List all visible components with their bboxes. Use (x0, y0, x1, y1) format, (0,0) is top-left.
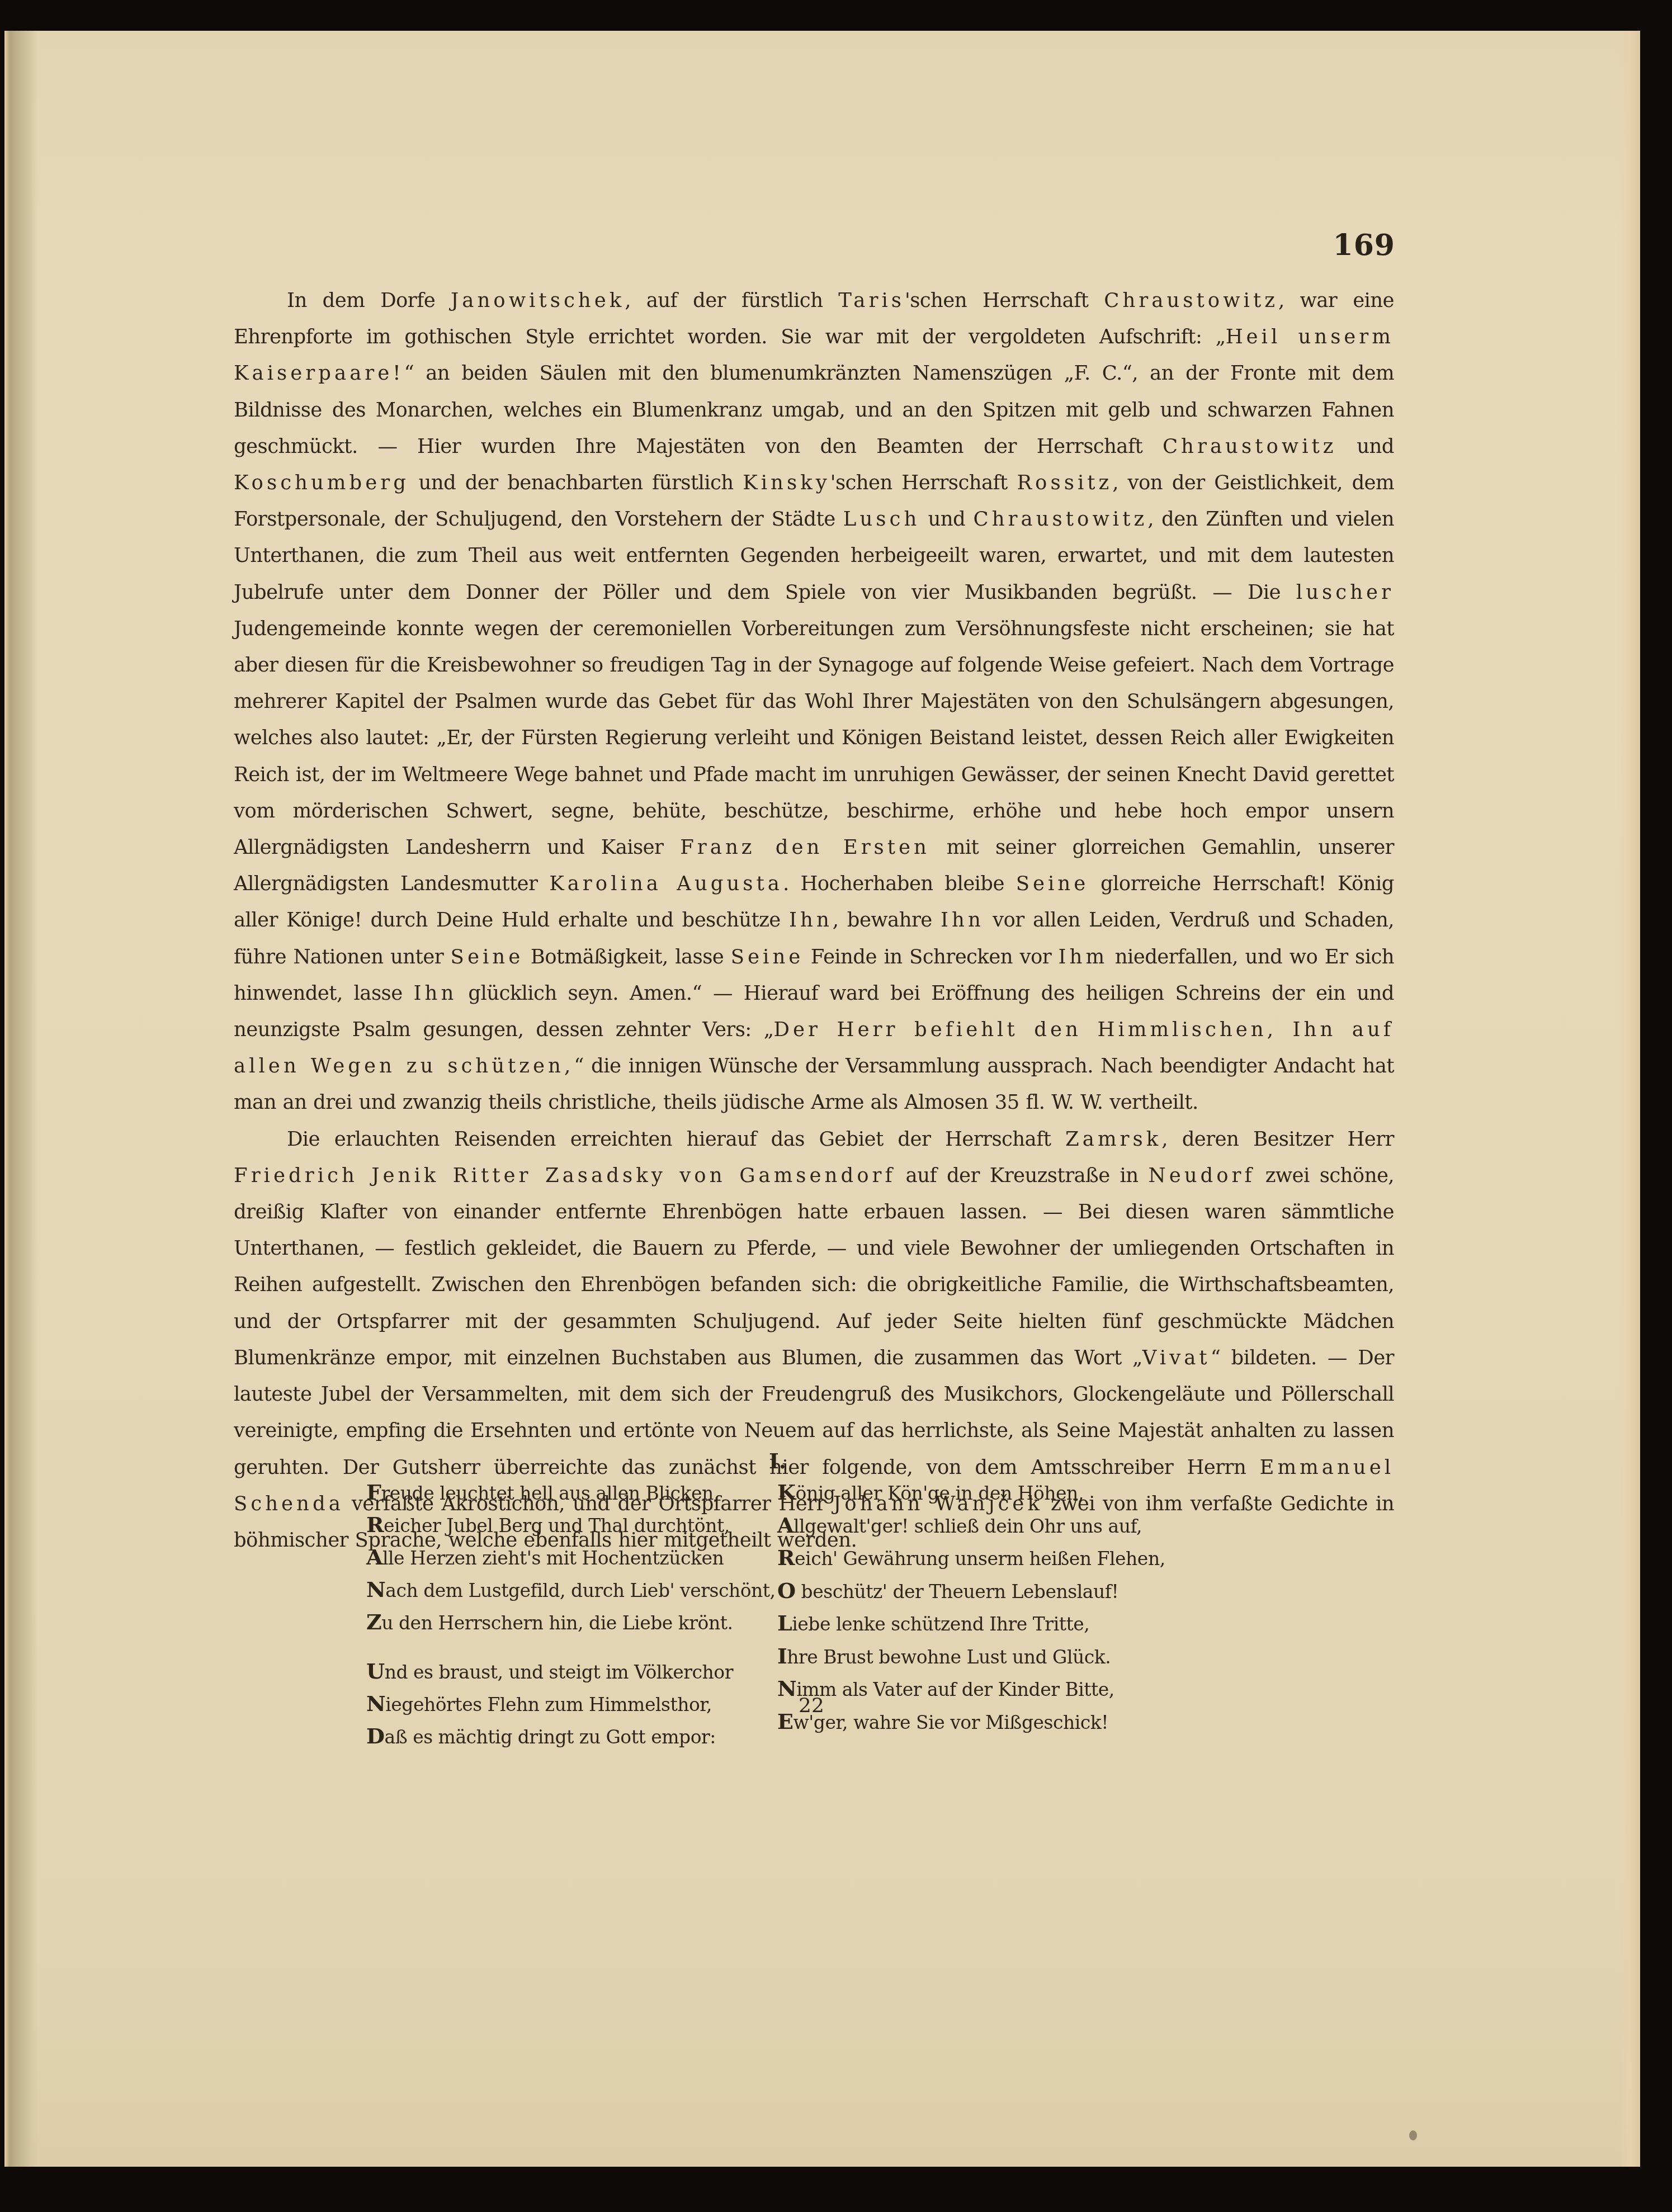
emphasized-text: Seine (451, 946, 524, 968)
poem-line: O beschütz' der Theuern Lebenslauf! (777, 1575, 1180, 1608)
poem-stanza: Freude leuchtet hell aus allen Blicken,R… (366, 1476, 769, 1638)
acrostic-initial: F (366, 1480, 381, 1505)
emphasized-text: Franz den Ersten (680, 836, 930, 859)
emphasized-text: Ihn (941, 909, 984, 932)
emphasized-text: Janowitschek (451, 289, 625, 312)
printer-signature-mark: 22 (799, 1694, 824, 1717)
emphasized-text: Lusch (843, 508, 920, 531)
poem-line: Nimm als Vater auf der Kinder Bitte, (777, 1672, 1180, 1705)
poem-line-text: beschütz' der Theuern Lebenslauf! (796, 1581, 1119, 1603)
acrostic-initial: A (777, 1513, 794, 1538)
text-segment: auf der Kreuzstraße in (896, 1164, 1149, 1187)
emphasized-text: Rossitz (1017, 471, 1112, 494)
emphasized-text: Chraustowitz (1104, 289, 1278, 312)
emphasized-text: Kinsky (743, 471, 830, 494)
poem-line: Niegehörtes Flehn zum Himmelsthor, (366, 1688, 769, 1720)
poem-stanza: Und es braust, und steigt im VölkerchorN… (366, 1655, 769, 1752)
acrostic-initial: E (777, 1709, 793, 1734)
poem-line: Nach dem Lustgefild, durch Lieb' verschö… (366, 1573, 769, 1606)
poem-line-text: w'ger, wahre Sie vor Mißgeschick! (793, 1712, 1108, 1733)
emphasized-text: Ihn (789, 909, 833, 932)
poem-line-text: iegehörtes Flehn zum Himmelsthor, (385, 1694, 712, 1715)
poem-line: Allgewalt'ger! schließ dein Ohr uns auf, (777, 1509, 1180, 1542)
acrostic-initial: D (366, 1723, 384, 1748)
acrostic-initial: N (366, 1577, 385, 1602)
body-text: In dem Dorfe Janowitschek, auf der fürst… (234, 282, 1394, 1558)
acrostic-initial: L (777, 1610, 792, 1636)
text-segment: . Hocherhaben bleibe (783, 872, 1016, 895)
acrostic-initial: R (366, 1512, 384, 1537)
acrostic-initial: O (777, 1578, 796, 1603)
acrostic-initial: K (777, 1480, 796, 1505)
acrostic-initial: I (777, 1643, 787, 1669)
emphasized-text: Taris (838, 289, 905, 312)
text-segment: und (1337, 435, 1394, 458)
poem-line: Und es braust, und steigt im Völkerchor (366, 1655, 769, 1688)
ink-smudge (1409, 2130, 1417, 2140)
emphasized-text: Seine (731, 946, 804, 968)
emphasized-text: Karolina Augusta (549, 872, 783, 895)
emphasized-text: Neudorf (1149, 1164, 1255, 1187)
text-segment: In dem Dorfe (287, 289, 451, 312)
text-segment: 'schen Herrschaft (830, 471, 1017, 494)
poem-stanza: König aller Kön'ge in den Höhen,Allgewal… (777, 1476, 1180, 1738)
acrostic-initial: A (366, 1544, 382, 1570)
text-segment: Judengemeinde konnte wegen der ceremonie… (234, 617, 1394, 859)
poem-line-text: hre Brust bewohne Lust und Glück. (787, 1646, 1111, 1668)
poem-line: Reich' Gewährung unserm heißen Flehen, (777, 1542, 1180, 1575)
poem-line-text: lle Herzen zieht's mit Hochentzücken (382, 1547, 724, 1569)
text-segment: , bewahre (833, 909, 941, 932)
text-segment: und (920, 508, 973, 531)
text-segment: 'schen Herrschaft (905, 289, 1104, 312)
text-segment: zwei schöne, dreißig Klafter von einande… (234, 1164, 1394, 1369)
poem-left-column: Freude leuchtet hell aus allen Blicken,R… (366, 1476, 769, 1769)
emphasized-text: Ihm (1059, 946, 1108, 968)
poem-line-text: aß es mächtig dringt zu Gott empor: (384, 1726, 715, 1748)
poem-line-text: eicher Jubel Berg und Thal durchtönt, (384, 1515, 730, 1537)
emphasized-text: Chraustowitz (1163, 435, 1337, 458)
text-segment: , auf der fürstlich (625, 289, 838, 312)
paragraph: In dem Dorfe Janowitschek, auf der fürst… (234, 282, 1394, 1121)
poem-line-text: eich' Gewährung unserm heißen Flehen, (795, 1548, 1165, 1570)
emphasized-text: luscher (1296, 581, 1394, 604)
emphasized-text: Seine (1016, 872, 1089, 895)
poem-line: Ew'ger, wahre Sie vor Mißgeschick! (777, 1705, 1180, 1738)
poem-line: Zu den Herrschern hin, die Liebe krönt. (366, 1606, 769, 1638)
text-segment: , deren Besitzer Herr (1161, 1128, 1394, 1151)
poem-right-column: König aller Kön'ge in den Höhen,Allgewal… (777, 1476, 1180, 1755)
poem-line-text: ach dem Lustgefild, durch Lieb' verschön… (385, 1580, 775, 1601)
emphasized-text: Ihn (414, 982, 457, 1005)
poem-line: Reicher Jubel Berg und Thal durchtönt, (366, 1509, 769, 1541)
text-segment: Die erlauchten Reisenden erreichten hier… (287, 1128, 1065, 1151)
poem-line-text: imm als Vater auf der Kinder Bitte, (796, 1679, 1114, 1700)
text-segment: Feinde in Schrecken vor (804, 946, 1058, 968)
emphasized-text: Friedrich Jenik Ritter Zasadsky von Gams… (234, 1164, 896, 1187)
emphasized-text: Chraustowitz (974, 508, 1148, 531)
poem-line-text: llgewalt'ger! schließ dein Ohr uns auf, (794, 1515, 1142, 1537)
emphasized-text: Vivat (1142, 1346, 1211, 1369)
poem-line: Liebe lenke schützend Ihre Tritte, (777, 1607, 1180, 1640)
acrostic-initial: U (366, 1658, 385, 1684)
page-number: 169 (1333, 228, 1395, 262)
text-segment: und der benachbarten fürstlich (409, 471, 743, 494)
acrostic-initial: R (777, 1545, 795, 1570)
poem-line-text: iebe lenke schützend Ihre Tritte, (792, 1613, 1089, 1635)
poem-line-text: u den Herrschern hin, die Liebe krönt. (381, 1612, 733, 1634)
poem-heading: I. (769, 1448, 786, 1473)
acrostic-initial: Z (366, 1609, 381, 1634)
text-segment: Botmäßigkeit, lasse (523, 946, 731, 968)
emphasized-text: Zamrsk (1065, 1128, 1161, 1151)
poem-line: König aller Kön'ge in den Höhen, (777, 1476, 1180, 1509)
emphasized-text: Koschumberg (234, 471, 409, 494)
acrostic-initial: N (366, 1691, 385, 1716)
poem-line-text: reude leuchtet hell aus allen Blicken, (381, 1482, 719, 1504)
poem-line: Freude leuchtet hell aus allen Blicken, (366, 1476, 769, 1509)
poem-line: Ihre Brust bewohne Lust und Glück. (777, 1640, 1180, 1673)
poem-line-text: önig aller Kön'ge in den Höhen, (796, 1482, 1084, 1504)
acrostic-initial: N (777, 1676, 796, 1701)
poem-line: Daß es mächtig dringt zu Gott empor: (366, 1720, 769, 1752)
poem-line-text: nd es braust, und steigt im Völkerchor (385, 1661, 733, 1683)
poem-line: Alle Herzen zieht's mit Hochentzücken (366, 1541, 769, 1573)
